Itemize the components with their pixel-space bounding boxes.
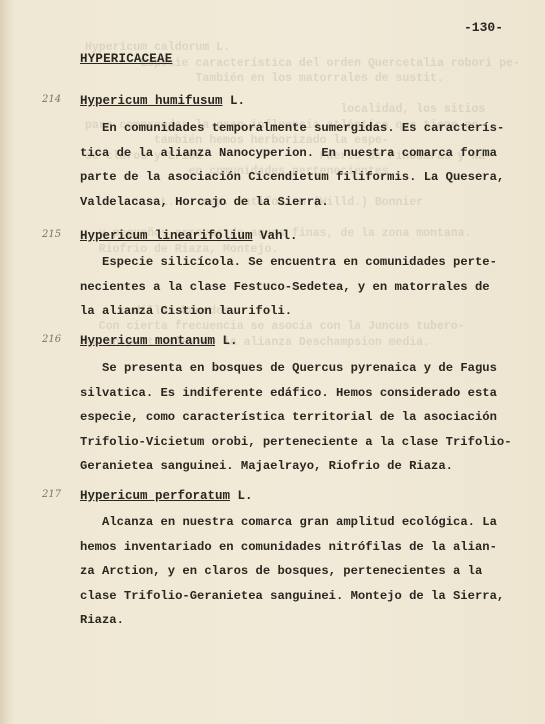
species-name: Hypericum humifusum: [80, 94, 223, 108]
handwritten-margin-number: 217: [42, 489, 61, 500]
species-name: Hypericum linearifolium: [80, 229, 253, 243]
species-name: Hypericum perforatum: [80, 489, 230, 503]
species-heading: Hypericum humifusum L.: [80, 94, 245, 108]
text-line: En comunidades temporalmente sumergidas.…: [80, 116, 520, 141]
text-line: Trifolio-Vicietum orobi, perteneciente a…: [80, 430, 520, 455]
handwritten-margin-number: 216: [42, 334, 61, 345]
species-name: Hypericum montanum: [80, 334, 215, 348]
text-line: Alcanza en nuestra comarca gran amplitud…: [80, 510, 520, 535]
species-heading: Hypericum linearifolium Vahl.: [80, 229, 298, 243]
text-line: clase Trifolio-Geranietea sanguinei. Mon…: [80, 584, 520, 609]
species-description: Alcanza en nuestra comarca gran amplitud…: [80, 510, 520, 633]
species-authority: L.: [223, 334, 238, 348]
text-line: za Arction, y en claros de bosques, pert…: [80, 559, 520, 584]
handwritten-margin-number: 215: [42, 229, 61, 240]
species-authority: Vahl.: [260, 229, 298, 243]
species-heading: Hypericum perforatum L.: [80, 489, 253, 503]
text-line: necientes a la clase Festuco-Sedetea, y …: [80, 275, 520, 300]
text-line: Geranietea sanguinei. Majaelrayo, Riofri…: [80, 454, 520, 479]
text-line: parte de la asociación Cicendietum filif…: [80, 165, 520, 190]
typewritten-page: Hypericum caldorum L. Especie caracterís…: [0, 0, 545, 724]
text-line: la alianza Cistion laurifoli.: [80, 299, 520, 324]
species-description: En comunidades temporalmente sumergidas.…: [80, 116, 520, 214]
text-line: Riaza.: [80, 608, 520, 633]
species-heading: Hypericum montanum L.: [80, 334, 238, 348]
species-description: Especie silicícola. Se encuentra en comu…: [80, 250, 520, 324]
text-line: tica de la alianza Nanocyperion. En nues…: [80, 141, 520, 166]
species-authority: L.: [230, 94, 245, 108]
family-heading: HYPERICACEAE: [80, 52, 172, 66]
text-line: Se presenta en bosques de Quercus pyrena…: [80, 356, 520, 381]
text-line: Especie silicícola. Se encuentra en comu…: [80, 250, 520, 275]
species-description: Se presenta en bosques de Quercus pyrena…: [80, 356, 520, 479]
text-line: silvatica. Es indiferente edáfico. Hemos…: [80, 381, 520, 406]
text-line: Valdelacasa, Horcajo de la Sierra.: [80, 190, 520, 215]
page-number: -130-: [464, 20, 503, 35]
handwritten-margin-number: 214: [42, 94, 61, 105]
species-authority: L.: [238, 489, 253, 503]
text-line: especie, como característica territorial…: [80, 405, 520, 430]
text-line: hemos inventariado en comunidades nitróf…: [80, 535, 520, 560]
